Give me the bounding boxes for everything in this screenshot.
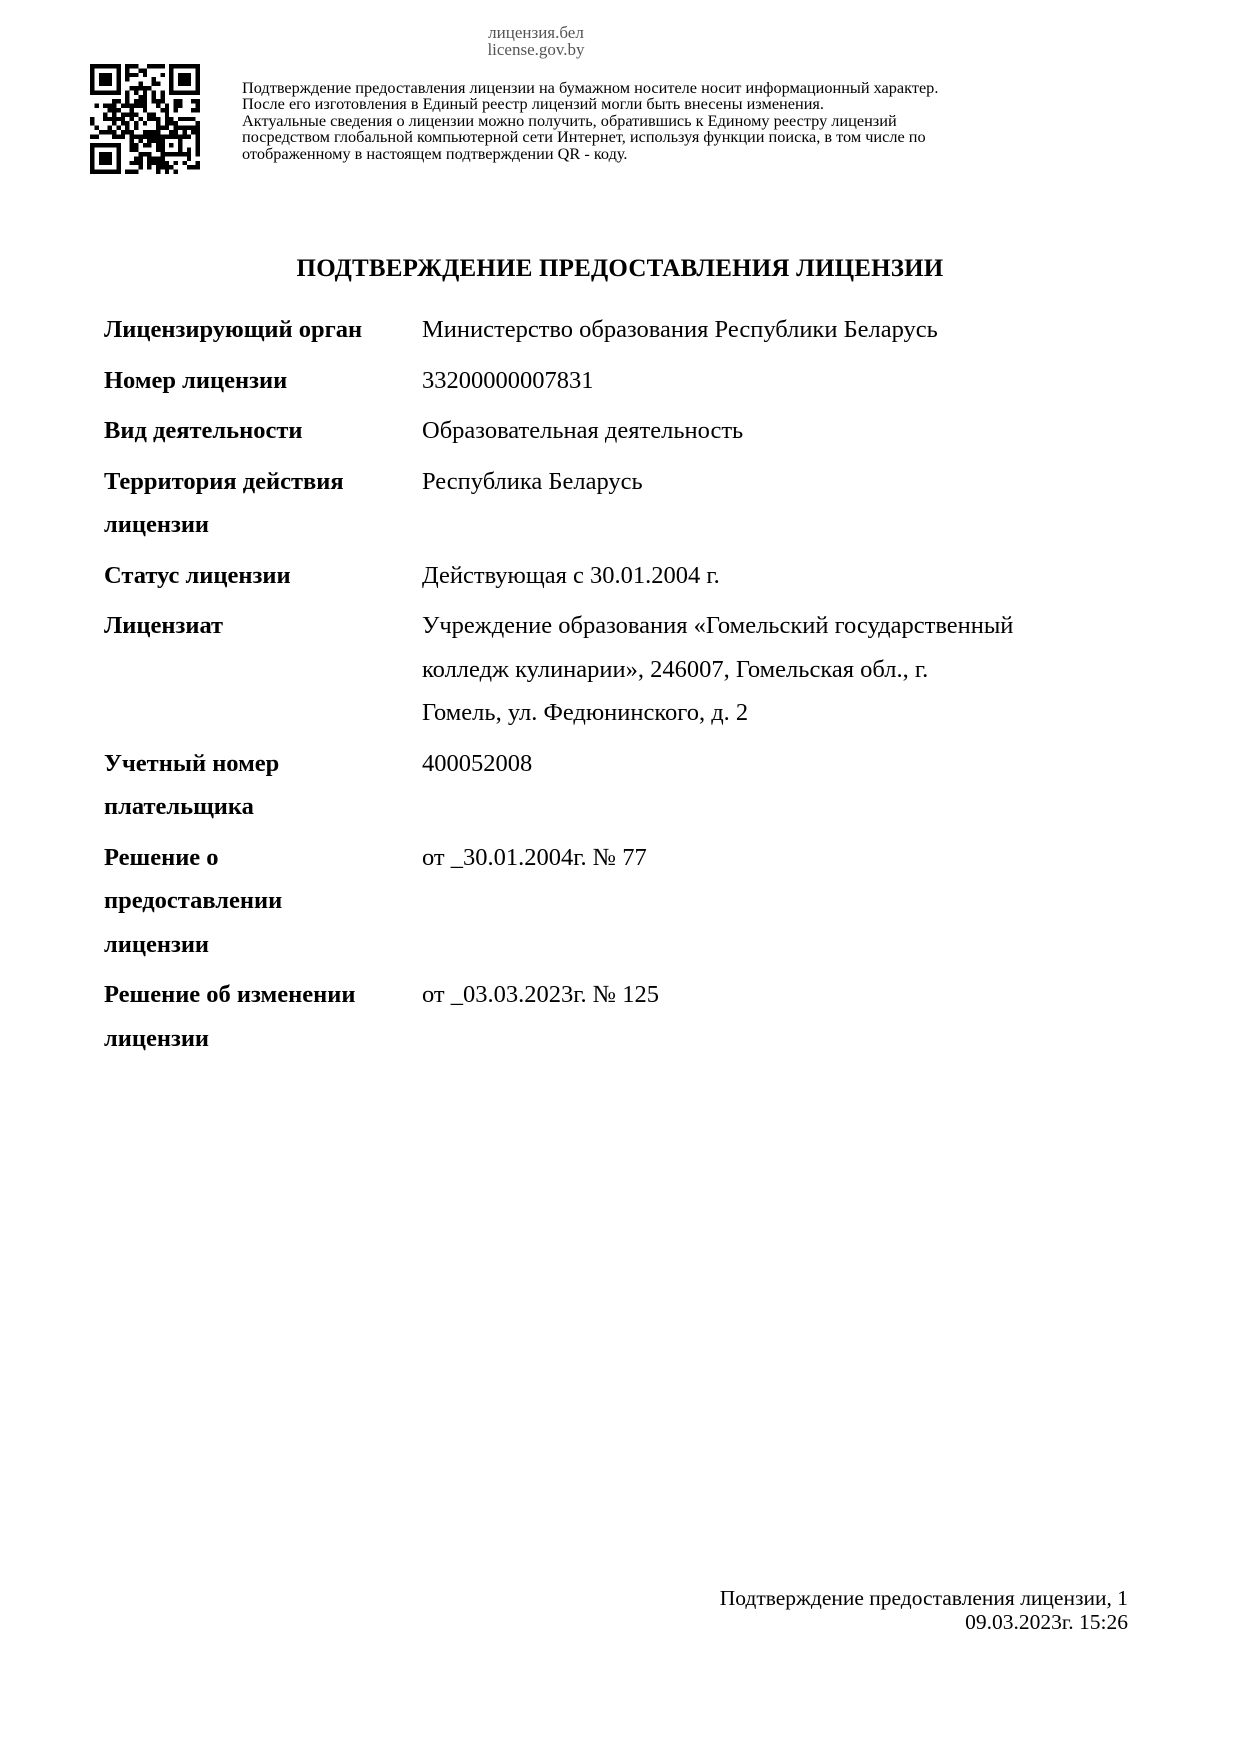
- field-label-line: Учетный номер: [104, 742, 422, 786]
- footer-page-label: Подтверждение предоставления лицензии, 1: [720, 1586, 1128, 1610]
- field-value: Министерство образования Республики Бела…: [422, 308, 1144, 352]
- field-label-line: Вид деятельности: [104, 409, 422, 453]
- field-label-line: Решение об изменении: [104, 973, 422, 1017]
- field-row: Решение об изменениилицензииот _03.03.20…: [104, 973, 1144, 1060]
- notice-text: Подтверждение предоставления лицензии на…: [242, 80, 1202, 162]
- field-label-line: Лицензирующий орган: [104, 308, 422, 352]
- field-label-line: Статус лицензии: [104, 554, 422, 598]
- field-label-line: Лицензиат: [104, 604, 422, 648]
- field-row: Номер лицензии33200000007831: [104, 359, 1144, 403]
- document-title: ПОДТВЕРЖДЕНИЕ ПРЕДОСТАВЛЕНИЯ ЛИЦЕНЗИИ: [0, 254, 1240, 284]
- qr-code-icon: [90, 64, 200, 174]
- field-value-line: Гомель, ул. Федюнинского, д. 2: [422, 691, 1144, 735]
- field-value: от _30.01.2004г. № 77: [422, 836, 1144, 880]
- field-label: Вид деятельности: [104, 409, 422, 453]
- field-value-line: 400052008: [422, 742, 1144, 786]
- field-label-line: лицензии: [104, 1017, 422, 1061]
- field-value-line: Министерство образования Республики Бела…: [422, 308, 1144, 352]
- field-value-line: 33200000007831: [422, 359, 1144, 403]
- site-links: лицензия.бел license.gov.by: [0, 24, 1072, 58]
- field-label: Лицензиат: [104, 604, 422, 648]
- field-label: Статус лицензии: [104, 554, 422, 598]
- field-label-line: предоставлении: [104, 879, 422, 923]
- field-value: Образовательная деятельность: [422, 409, 1144, 453]
- field-value-line: Учреждение образования «Гомельский госуд…: [422, 604, 1144, 648]
- field-row: Лицензирующий органМинистерство образова…: [104, 308, 1144, 352]
- field-row: Решение опредоставлениилицензииот _30.01…: [104, 836, 1144, 967]
- field-label: Решение об изменениилицензии: [104, 973, 422, 1060]
- field-label-line: Решение о: [104, 836, 422, 880]
- field-row: Территория действиялицензииРеспублика Бе…: [104, 460, 1144, 547]
- field-label: Лицензирующий орган: [104, 308, 422, 352]
- license-fields: Лицензирующий органМинистерство образова…: [104, 308, 1144, 1067]
- field-value-line: от _03.03.2023г. № 125: [422, 973, 1144, 1017]
- site-link-bel[interactable]: лицензия.бел: [0, 24, 1072, 41]
- field-label: Решение опредоставлениилицензии: [104, 836, 422, 967]
- field-value-line: Республика Беларусь: [422, 460, 1144, 504]
- field-value: Действующая с 30.01.2004 г.: [422, 554, 1144, 598]
- field-value-line: от _30.01.2004г. № 77: [422, 836, 1144, 880]
- field-label-line: Территория действия: [104, 460, 422, 504]
- field-label-line: плательщика: [104, 785, 422, 829]
- field-row: Учетный номерплательщика400052008: [104, 742, 1144, 829]
- field-label: Территория действиялицензии: [104, 460, 422, 547]
- field-label-line: лицензии: [104, 923, 422, 967]
- field-value: 33200000007831: [422, 359, 1144, 403]
- field-value: 400052008: [422, 742, 1144, 786]
- field-value-line: колледж кулинарии», 246007, Гомельская о…: [422, 648, 1144, 692]
- field-label-line: Номер лицензии: [104, 359, 422, 403]
- field-value: Учреждение образования «Гомельский госуд…: [422, 604, 1144, 735]
- field-row: Статус лицензииДействующая с 30.01.2004 …: [104, 554, 1144, 598]
- field-label: Номер лицензии: [104, 359, 422, 403]
- field-value: Республика Беларусь: [422, 460, 1144, 504]
- page-footer: Подтверждение предоставления лицензии, 1…: [720, 1586, 1128, 1634]
- field-label: Учетный номерплательщика: [104, 742, 422, 829]
- field-row: Вид деятельностиОбразовательная деятельн…: [104, 409, 1144, 453]
- field-value-line: Действующая с 30.01.2004 г.: [422, 554, 1144, 598]
- notice-line: отображенному в настоящем подтверждении …: [242, 146, 1202, 162]
- footer-timestamp: 09.03.2023г. 15:26: [720, 1610, 1128, 1634]
- field-value-line: Образовательная деятельность: [422, 409, 1144, 453]
- site-link-gov-by[interactable]: license.gov.by: [0, 41, 1072, 58]
- field-row: ЛицензиатУчреждение образования «Гомельс…: [104, 604, 1144, 735]
- field-value: от _03.03.2023г. № 125: [422, 973, 1144, 1017]
- field-label-line: лицензии: [104, 503, 422, 547]
